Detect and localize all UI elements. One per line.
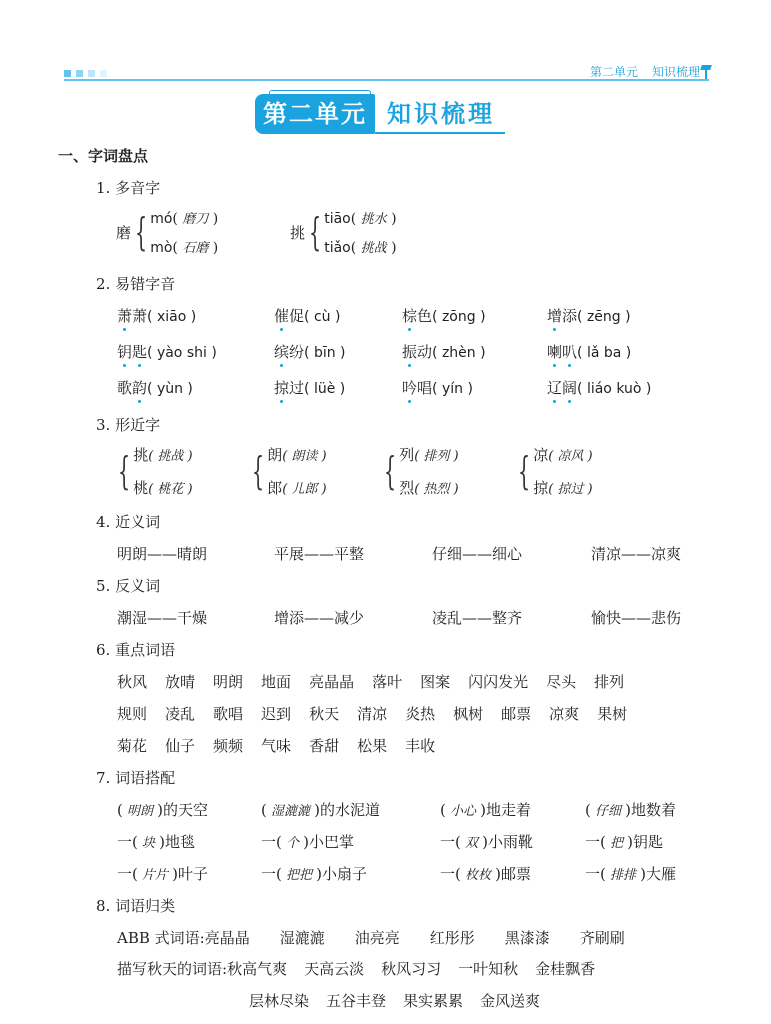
char: 韵	[132, 377, 147, 398]
pronunciation-item: 钥匙( yào shi )	[117, 341, 217, 362]
collocation-item: 一( 双 )小雨靴	[440, 831, 533, 852]
char: 朗	[267, 446, 282, 464]
pinyin: ( zhèn )	[432, 345, 486, 361]
running-header-topic: 知识梳理	[652, 63, 700, 80]
similar-char-lines: 朗( 朗读 )郎( 儿郎 )	[267, 444, 326, 498]
word: 歌韵	[117, 379, 147, 397]
char: 挑	[133, 446, 148, 464]
filled-answer: 小心	[446, 804, 480, 819]
filled-answer: 湿漉漉	[267, 804, 314, 819]
char: 色	[417, 307, 432, 325]
pinyin: ( bīn )	[304, 345, 345, 361]
pronunciation-item: 缤纷( bīn )	[274, 341, 346, 362]
autumn-words-row-2: 层林尽染五谷丰登果实累累金风送爽	[249, 990, 540, 1011]
example-word: ( 热烈 )	[414, 482, 458, 497]
word: 振动	[402, 343, 432, 361]
similar-char-item: 掠( 掠过 )	[533, 477, 592, 498]
similar-char-item: 凉( 凉风 )	[533, 444, 592, 465]
pronunciation-item: 掠过( lüè )	[274, 377, 345, 398]
char: 吟	[402, 377, 417, 398]
key-word: 排列	[594, 673, 624, 691]
brace-icon: {	[118, 452, 130, 490]
suffix: 邮票	[501, 865, 531, 883]
pinyin: ( cù )	[304, 309, 340, 325]
key-word: 气味	[261, 737, 291, 755]
subsection-title-antonyms: 5. 反义词	[96, 575, 160, 596]
example-word: ( 掠过 )	[548, 482, 592, 497]
char: 掠	[274, 377, 289, 398]
abb-word: 红彤彤	[430, 929, 475, 947]
polyphone-group: 磨 { mó( 磨刀 ) mò( 石磨 )	[116, 208, 218, 256]
running-header: 第二单元 知识梳理	[590, 63, 711, 80]
abb-word: 亮晶晶	[205, 929, 250, 947]
key-words-row: 秋风放晴明朗地面亮晶晶落叶图案闪闪发光尽头排列	[117, 671, 624, 692]
suffix: 地毯	[165, 833, 195, 851]
filled-answer: 排排	[606, 868, 640, 883]
collocation-item: 一( 枚枚 )邮票	[440, 863, 531, 884]
suffix: 的天空	[163, 801, 208, 819]
suffix: 小雨靴	[488, 833, 533, 851]
filled-answer: 块	[138, 836, 159, 851]
key-word: 明朗	[213, 673, 243, 691]
pronunciation-item: 振动( zhèn )	[402, 341, 486, 362]
autumn-word: 果实累累	[403, 992, 463, 1010]
similar-char-item: 列( 排列 )	[399, 444, 458, 465]
synonym-pair: 明朗——晴朗	[117, 543, 207, 564]
brace-icon: {	[518, 452, 530, 490]
char: 喇	[547, 341, 562, 362]
word: 辽阔	[547, 379, 577, 397]
char: 棕	[402, 305, 417, 326]
subsection-title-polyphones: 1. 多音字	[96, 177, 160, 198]
pinyin: ( yào shi )	[147, 345, 217, 361]
prefix: 一	[585, 833, 600, 851]
running-header-unit: 第二单元	[590, 63, 638, 80]
char: 动	[417, 343, 432, 361]
char: 掠	[533, 479, 548, 497]
abb-words-row: ABB 式词语:亮晶晶湿漉漉油亮亮红彤彤黑漆漆齐刷刷	[117, 927, 625, 948]
char: 萧	[132, 307, 147, 325]
similar-char-item: 朗( 朗读 )	[267, 444, 326, 465]
autumn-word: 金风送爽	[480, 992, 540, 1010]
word: 增添	[547, 307, 577, 325]
char: 凉	[533, 446, 548, 464]
word: 掠过	[274, 379, 304, 397]
filled-answer: 片片	[138, 868, 172, 883]
subsection-title-classification: 8. 词语归类	[96, 895, 175, 916]
pronunciation-item: 萧萧( xiāo )	[117, 305, 196, 326]
word: 吟唱	[402, 379, 432, 397]
char: 添	[562, 307, 577, 325]
char: 萧	[117, 305, 132, 326]
collocation-item: ( 小心 )地走着	[440, 799, 531, 820]
similar-char-item: 桃( 桃花 )	[133, 477, 192, 498]
antonym-pair: 愉快——悲伤	[591, 607, 681, 628]
pinyin: ( zēng )	[577, 309, 631, 325]
header-square	[88, 70, 95, 77]
polyphone-group: 挑 { tiāo( 挑水 ) tiǎo( 挑战 )	[290, 208, 397, 256]
word: 钥匙	[117, 343, 147, 361]
key-word: 迟到	[261, 705, 291, 723]
collocation-item: 一( 片片 )叶子	[117, 863, 208, 884]
example-word: ( 排列 )	[414, 449, 458, 464]
similar-char-lines: 凉( 凉风 )掠( 掠过 )	[533, 444, 592, 498]
synonym-pair: 仔细——细心	[432, 543, 522, 564]
word: 喇叭	[547, 343, 577, 361]
pronunciation-item: 喇叭( lǎ ba )	[547, 341, 631, 362]
synonym-pair: 平展——平整	[274, 543, 364, 564]
collocation-item: ( 明朗 )的天空	[117, 799, 208, 820]
key-word: 地面	[261, 673, 291, 691]
similar-char-item: 郎( 儿郎 )	[267, 477, 326, 498]
header-square	[76, 70, 83, 77]
filled-answer: 把把	[282, 868, 316, 883]
key-word: 尽头	[546, 673, 576, 691]
key-word: 落叶	[372, 673, 402, 691]
prefix: 一	[117, 865, 132, 883]
key-word: 仙子	[165, 737, 195, 755]
char: 辽	[547, 377, 562, 398]
char: 匙	[132, 341, 147, 362]
synonym-pair: 清凉——凉爽	[591, 543, 681, 564]
similar-char-item: 烈( 热烈 )	[399, 477, 458, 498]
example-word: ( 朗读 )	[282, 449, 326, 464]
key-word: 闪闪发光	[468, 673, 528, 691]
example-word: ( 凉风 )	[548, 449, 592, 464]
page-title-unit: 第二单元	[255, 94, 375, 134]
word: 棕色	[402, 307, 432, 325]
key-word: 放晴	[165, 673, 195, 691]
similar-char-lines: 列( 排列 )烈( 热烈 )	[399, 444, 458, 498]
filled-answer: 把	[606, 836, 627, 851]
key-word: 邮票	[501, 705, 531, 723]
section-heading: 一、字词盘点	[58, 145, 148, 166]
header-square	[100, 70, 107, 77]
similar-char-group: {列( 排列 )烈( 热烈 )	[382, 444, 459, 498]
antonym-pair: 凌乱——整齐	[432, 607, 522, 628]
pronunciation-item: 催促( cù )	[274, 305, 340, 326]
filled-answer: 明朗	[123, 804, 157, 819]
pronunciation-item: 棕色( zōng )	[402, 305, 486, 326]
char: 桃	[133, 479, 148, 497]
key-word: 规则	[117, 705, 147, 723]
key-word: 秋天	[309, 705, 339, 723]
key-word: 枫树	[453, 705, 483, 723]
pronunciation-item: 增添( zēng )	[547, 305, 631, 326]
word: 萧萧	[117, 307, 147, 325]
polyphone-reading: tiǎo( 挑战 )	[324, 237, 396, 256]
char: 唱	[417, 379, 432, 397]
antonym-pair: 增添——减少	[274, 607, 364, 628]
suffix: 小扇子	[322, 865, 367, 883]
page-title: 第二单元 知识梳理	[255, 94, 505, 134]
autumn-word: 秋风习习	[381, 960, 441, 978]
collocation-item: ( 仔细 )地数着	[585, 799, 676, 820]
prefix: 一	[585, 865, 600, 883]
autumn-word: 层林尽染	[249, 992, 309, 1010]
polyphone-reading: tiāo( 挑水 )	[324, 208, 396, 227]
similar-char-item: 挑( 挑战 )	[133, 444, 192, 465]
key-word: 松果	[357, 737, 387, 755]
suffix: 大雁	[646, 865, 676, 883]
similar-char-group: {挑( 挑战 )桃( 桃花 )	[116, 444, 193, 498]
subsection-title-pronunciation: 2. 易错字音	[96, 273, 175, 294]
key-word: 图案	[420, 673, 450, 691]
collocation-item: 一( 个 )小巴掌	[261, 831, 354, 852]
suffix: 小巴掌	[309, 833, 354, 851]
brace-icon: {	[309, 213, 321, 251]
antonym-pair: 潮湿——干燥	[117, 607, 207, 628]
pronunciation-item: 歌韵( yùn )	[117, 377, 193, 398]
prefix: 一	[440, 833, 455, 851]
char: 促	[289, 307, 304, 325]
pinyin: ( yín )	[432, 381, 473, 397]
char: 钥	[117, 341, 132, 362]
abb-word: 湿漉漉	[280, 929, 325, 947]
autumn-word: 一叶知秋	[458, 960, 518, 978]
abb-label: ABB 式词语:	[117, 929, 205, 947]
key-word: 丰收	[405, 737, 435, 755]
char: 烈	[399, 479, 414, 497]
similar-char-group: {朗( 朗读 )郎( 儿郎 )	[250, 444, 327, 498]
suffix: 地走着	[486, 801, 531, 819]
pinyin: ( lǎ ba )	[577, 345, 631, 361]
filled-answer: 双	[461, 836, 482, 851]
brace-icon: {	[384, 452, 396, 490]
pronunciation-item: 辽阔( liáo kuò )	[547, 377, 651, 398]
prefix: 一	[261, 833, 276, 851]
char: 振	[402, 341, 417, 362]
pinyin: ( zōng )	[432, 309, 486, 325]
autumn-label: 描写秋天的词语:	[117, 960, 227, 978]
char: 歌	[117, 379, 132, 397]
collocation-item: 一( 把把 )小扇子	[261, 863, 367, 884]
char: 叭	[562, 341, 577, 362]
char: 增	[547, 305, 562, 326]
autumn-word: 天高云淡	[304, 960, 364, 978]
collocation-item: 一( 排排 )大雁	[585, 863, 676, 884]
autumn-word: 秋高气爽	[227, 960, 287, 978]
key-word: 秋风	[117, 673, 147, 691]
example-word: ( 挑战 )	[148, 449, 192, 464]
brace-icon: {	[252, 452, 264, 490]
example-word: ( 儿郎 )	[282, 482, 326, 497]
page-title-topic: 知识梳理	[375, 94, 505, 134]
key-words-row: 规则凌乱歌唱迟到秋天清凉炎热枫树邮票凉爽果树	[117, 703, 627, 724]
example-word: ( 桃花 )	[148, 482, 192, 497]
suffix: 叶子	[178, 865, 208, 883]
filled-answer: 枚枚	[461, 868, 495, 883]
autumn-words-row: 描写秋天的词语:秋高气爽天高云淡秋风习习一叶知秋金桂飘香	[117, 958, 595, 979]
autumn-word: 五谷丰登	[326, 992, 386, 1010]
header-square	[64, 70, 71, 77]
pinyin: ( xiāo )	[147, 309, 196, 325]
char: 缤	[274, 341, 289, 362]
subsection-title-synonyms: 4. 近义词	[96, 511, 160, 532]
key-word: 清凉	[357, 705, 387, 723]
char: 纷	[289, 343, 304, 361]
key-word: 炎热	[405, 705, 435, 723]
collocation-item: ( 湿漉漉 )的水泥道	[261, 799, 380, 820]
abb-word: 油亮亮	[355, 929, 400, 947]
key-word: 亮晶晶	[309, 673, 354, 691]
filled-answer: 个	[282, 836, 303, 851]
pinyin: ( liáo kuò )	[577, 381, 651, 397]
header-decoration	[64, 70, 107, 77]
similar-char-lines: 挑( 挑战 )桃( 桃花 )	[133, 444, 192, 498]
polyphone-char: 磨	[116, 222, 131, 243]
word: 缤纷	[274, 343, 304, 361]
subsection-title-key-words: 6. 重点词语	[96, 639, 175, 660]
suffix: 地数着	[631, 801, 676, 819]
abb-word: 黑漆漆	[505, 929, 550, 947]
key-word: 果树	[597, 705, 627, 723]
suffix: 的水泥道	[320, 801, 380, 819]
polyphone-char: 挑	[290, 222, 305, 243]
subsection-title-collocations: 7. 词语搭配	[96, 767, 175, 788]
prefix: 一	[261, 865, 276, 883]
key-word: 凉爽	[549, 705, 579, 723]
abb-word: 齐刷刷	[580, 929, 625, 947]
key-word: 歌唱	[213, 705, 243, 723]
word: 催促	[274, 307, 304, 325]
suffix: 钥匙	[633, 833, 663, 851]
pronunciation-item: 吟唱( yín )	[402, 377, 473, 398]
filled-answer: 仔细	[591, 804, 625, 819]
char: 催	[274, 305, 289, 326]
subsection-title-similar-chars: 3. 形近字	[96, 414, 160, 435]
prefix: 一	[117, 833, 132, 851]
char: 郎	[267, 479, 282, 497]
char: 阔	[562, 377, 577, 398]
key-word: 凌乱	[165, 705, 195, 723]
autumn-word: 金桂飘香	[535, 960, 595, 978]
collocation-item: 一( 把 )钥匙	[585, 831, 663, 852]
similar-char-group: {凉( 凉风 )掠( 掠过 )	[516, 444, 593, 498]
key-word: 频频	[213, 737, 243, 755]
key-words-row: 菊花仙子频频气味香甜松果丰收	[117, 735, 435, 756]
key-word: 菊花	[117, 737, 147, 755]
polyphone-reading: mò( 石磨 )	[150, 237, 218, 256]
brace-icon: {	[135, 213, 147, 251]
prefix: 一	[440, 865, 455, 883]
collocation-item: 一( 块 )地毯	[117, 831, 195, 852]
char: 列	[399, 446, 414, 464]
polyphone-reading: mó( 磨刀 )	[150, 208, 218, 227]
graduation-cap-icon	[701, 65, 711, 79]
pinyin: ( yùn )	[147, 381, 193, 397]
char: 过	[289, 379, 304, 397]
key-word: 香甜	[309, 737, 339, 755]
pinyin: ( lüè )	[304, 381, 345, 397]
